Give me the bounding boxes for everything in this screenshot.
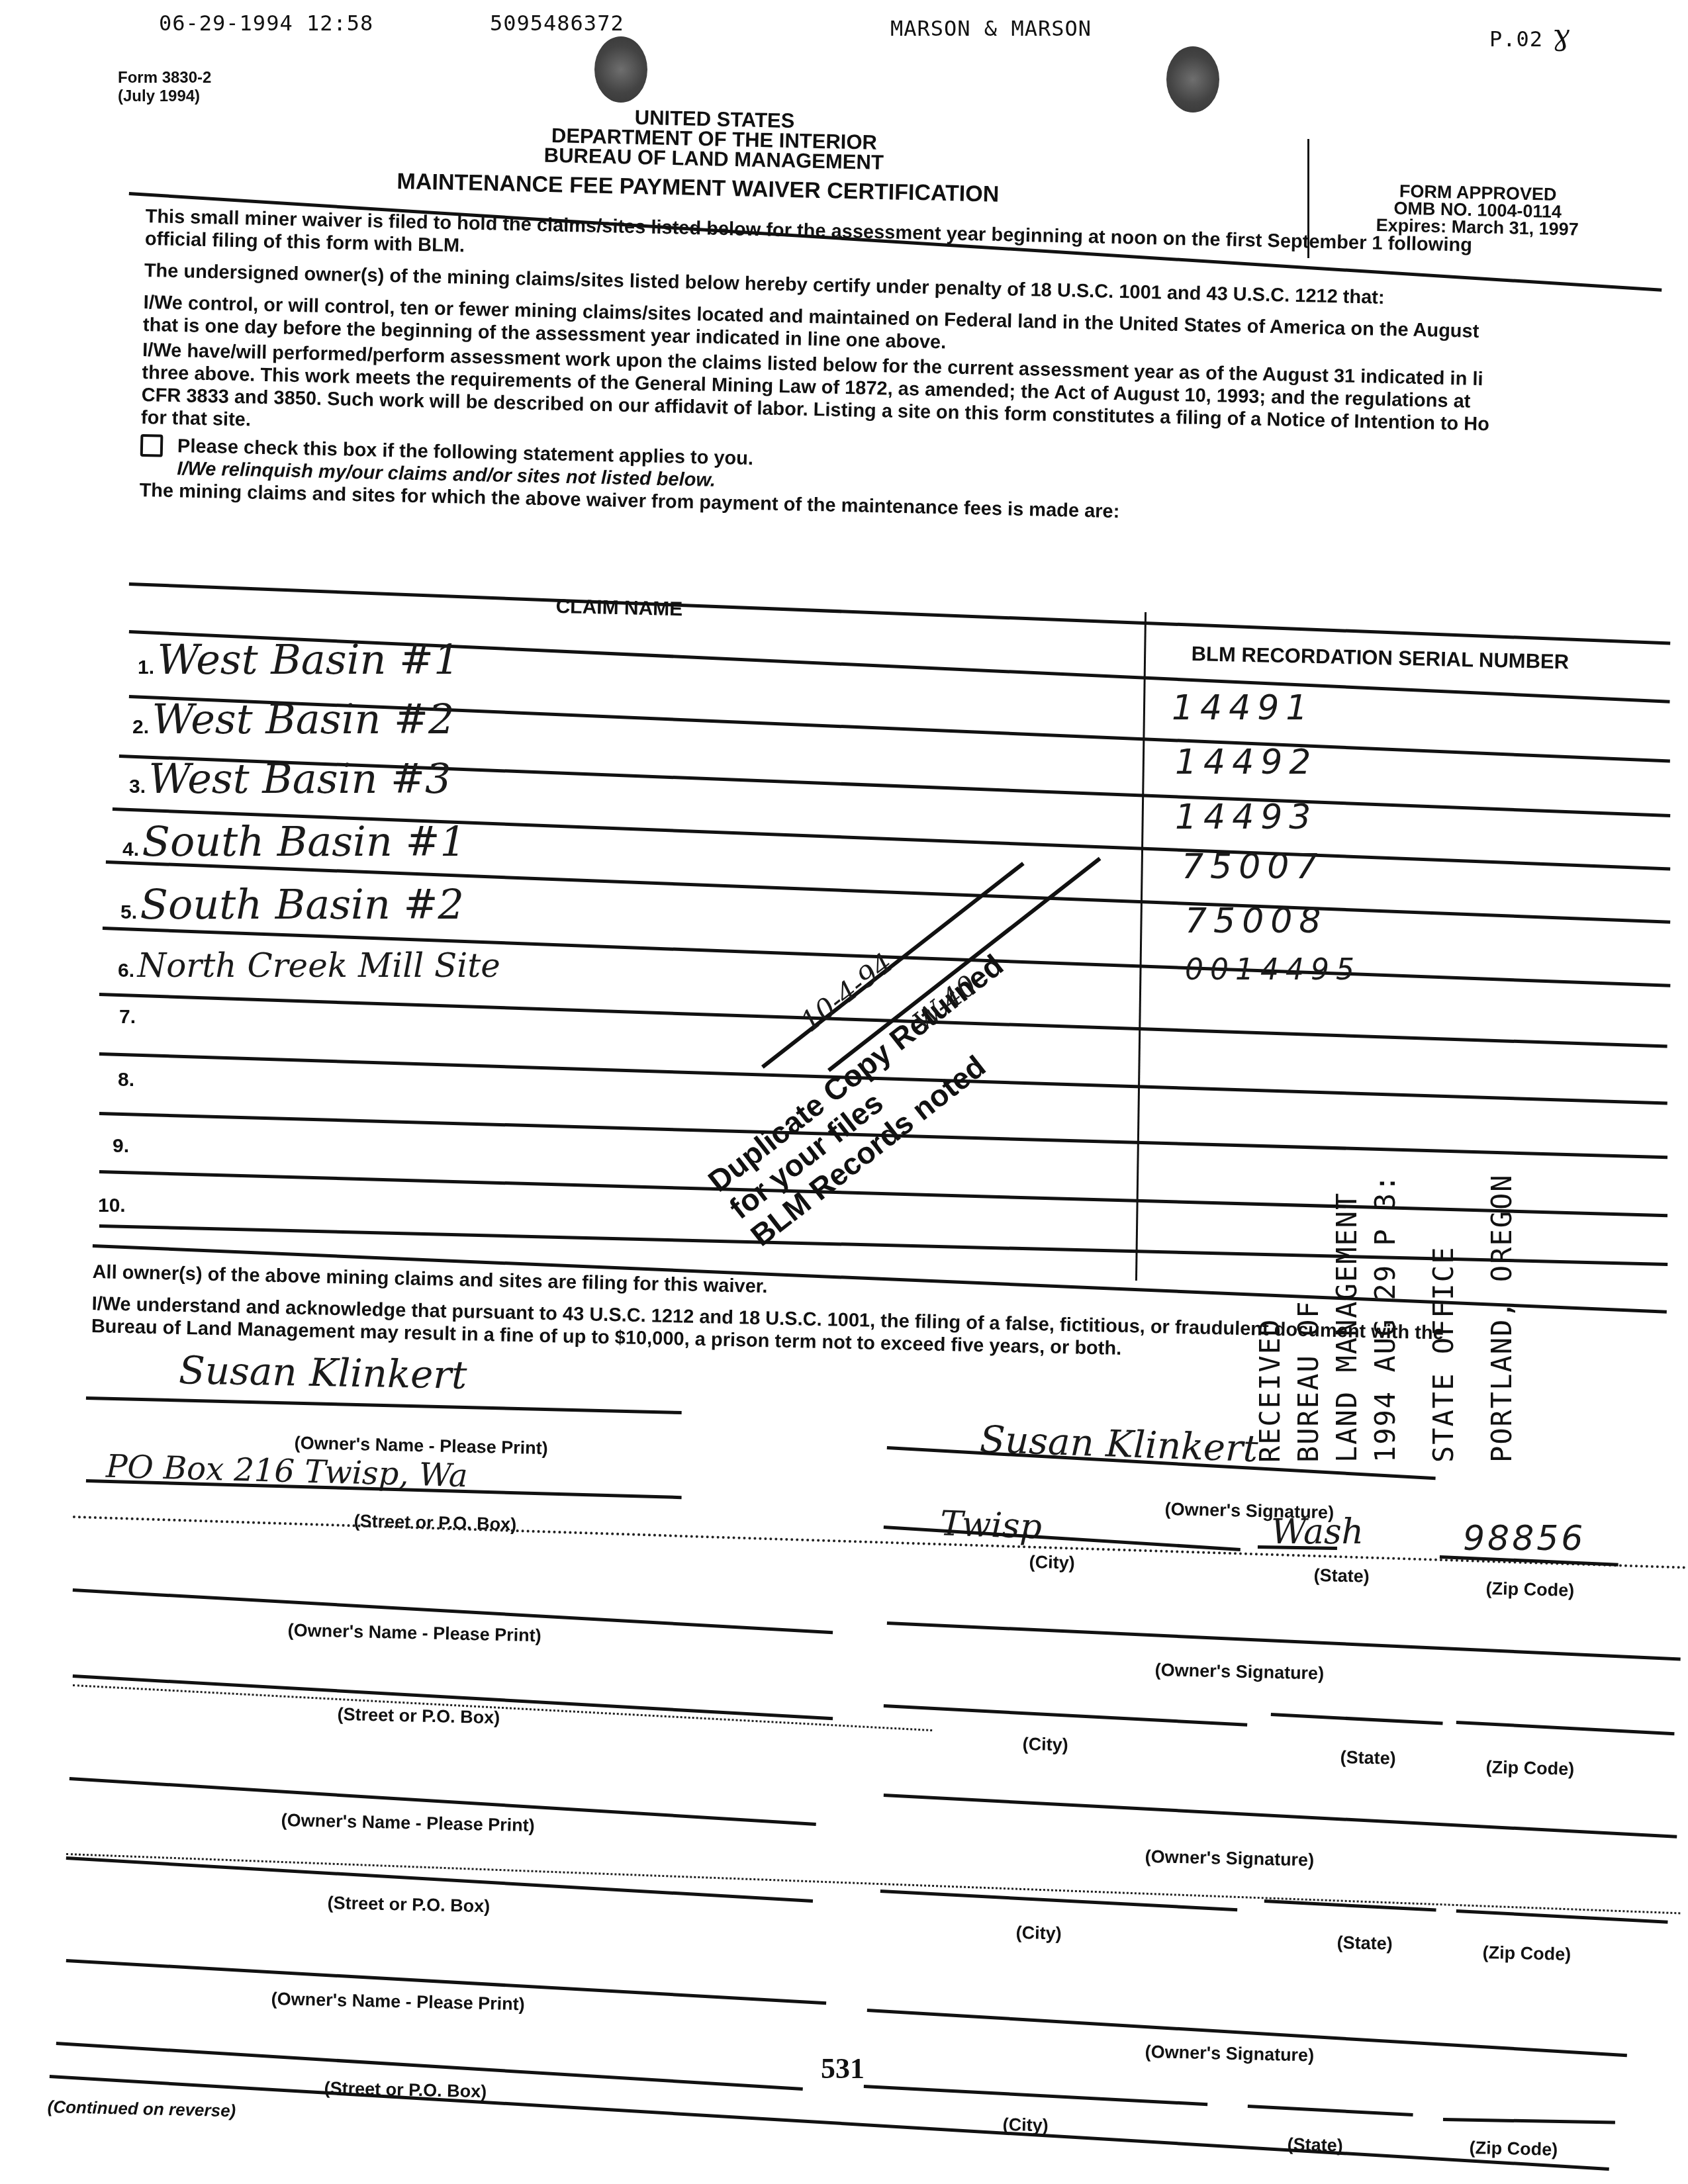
page-number: 531	[821, 2052, 865, 2085]
relinquish-checkbox[interactable]	[140, 434, 164, 457]
row-number: 6.	[118, 960, 134, 981]
signature-caption: (Owner's Signature)	[1154, 1660, 1324, 1684]
table-row: 6. North Creek Mill Site	[118, 946, 500, 985]
owner-1-zip: 98856	[1463, 1519, 1585, 1559]
form-edition: (July 1994)	[118, 87, 211, 106]
col-serial-number: BLM RECORDATION SERIAL NUMBER	[1191, 642, 1569, 674]
col-claim-name: CLAIM NAME	[555, 596, 682, 621]
state-line	[1271, 1713, 1443, 1725]
perforation-line	[73, 1516, 1687, 1569]
owner-1-city: Twisp	[939, 1504, 1043, 1547]
city-caption: (City)	[1015, 1923, 1062, 1944]
claim-name: North Creek Mill Site	[137, 946, 500, 985]
city-caption: (City)	[1029, 1552, 1075, 1573]
city-line	[884, 1704, 1248, 1727]
omb-approval: FORM APPROVED OMB NO. 1004-0114 Expires:…	[1376, 182, 1579, 238]
owner-name-caption: (Owner's Name - Please Print)	[271, 1989, 525, 2015]
city-caption: (City)	[1022, 1734, 1068, 1755]
claim-name: West Basin #2	[152, 695, 454, 743]
owner-1-signature[interactable]: Susan Klinkert	[979, 1418, 1259, 1471]
zip-caption: (Zip Code)	[1469, 2138, 1558, 2160]
row-number: 5.	[120, 901, 137, 923]
row-number: 7.	[119, 1006, 136, 1028]
serial-number: 75008	[1185, 901, 1327, 941]
fax-page: P.02	[1489, 26, 1543, 52]
city-line	[880, 1889, 1238, 1911]
state-caption: (State)	[1336, 1933, 1393, 1954]
zip-line	[1443, 2118, 1615, 2124]
signature-caption: (Owner's Signature)	[1145, 2042, 1314, 2066]
serial-number: 0014495	[1185, 953, 1361, 987]
hole-punch-seal-icon	[594, 36, 647, 103]
street-caption: (Street or P.O. Box)	[327, 1893, 490, 1917]
hole-punch-seal-icon	[1166, 46, 1219, 113]
table-row: 1. West Basin #1	[138, 635, 460, 684]
owner-1-name: Susan Klinkert	[178, 1347, 467, 1398]
form-id: Form 3830-2 (July 1994)	[118, 69, 211, 106]
row-number: 3.	[129, 776, 146, 797]
state-caption: (State)	[1313, 1565, 1370, 1587]
claim-name: West Basin #3	[148, 754, 451, 803]
signature-caption: (Owner's Signature)	[1145, 1846, 1314, 1871]
form-number: Form 3830-2	[118, 69, 211, 87]
serial-number: 75007	[1182, 847, 1324, 887]
zip-caption: (Zip Code)	[1482, 1942, 1571, 1965]
fax-sender: MARSON & MARSON	[890, 16, 1092, 41]
owner-name-caption: (Owner's Name - Please Print)	[287, 1620, 541, 1646]
perforation-line	[73, 1684, 932, 1731]
row-number: 1.	[138, 657, 154, 678]
row-number: 4.	[122, 839, 139, 860]
table-row: 2. West Basin #2	[132, 695, 455, 743]
signature-line	[884, 1794, 1677, 1839]
row-number: 8.	[118, 1069, 134, 1091]
claim-name: South Basin #1	[142, 817, 466, 866]
row-number: 10.	[98, 1195, 126, 1217]
form-title: MAINTENANCE FEE PAYMENT WAIVER CERTIFICA…	[397, 169, 999, 208]
row-number: 9.	[113, 1135, 129, 1158]
state-line	[1248, 2105, 1413, 2116]
table-row: 4. South Basin #1	[122, 817, 466, 866]
serial-number: 14493	[1175, 797, 1317, 837]
fax-phone: 5095486372	[490, 11, 624, 36]
city-caption: (City)	[1002, 2115, 1049, 2136]
claim-name: South Basin #2	[140, 880, 464, 929]
signature-line	[887, 1621, 1681, 1661]
city-line	[864, 2085, 1208, 2106]
owner-name-caption: (Owner's Name - Please Print)	[281, 1810, 535, 1836]
claim-name: West Basin #1	[157, 635, 459, 684]
zip-caption: (Zip Code)	[1485, 1578, 1574, 1601]
perforation-line	[66, 1853, 1680, 1914]
fax-datetime: 06-29-1994 12:58	[159, 11, 373, 36]
agency-header: UNITED STATES DEPARTMENT OF THE INTERIOR…	[489, 105, 940, 174]
received-line-6: PORTLAND, OREGON	[1483, 1145, 1521, 1463]
state-caption: (State)	[1340, 1747, 1396, 1769]
continued-note: (Continued on reverse)	[47, 2097, 236, 2121]
duplicate-copy-stamp: Duplicate Copy Returned for your files B…	[702, 948, 1052, 1253]
state-line	[1258, 1545, 1337, 1550]
instructions: This small miner waiver is filed to hold…	[139, 205, 1493, 531]
zip-line	[1456, 1721, 1675, 1735]
zip-caption: (Zip Code)	[1485, 1757, 1574, 1780]
state-caption: (State)	[1287, 2134, 1343, 2156]
serial-number: 14492	[1175, 743, 1317, 782]
handwritten-mark: ɣ	[1552, 19, 1570, 52]
serial-number: 14491	[1172, 688, 1314, 728]
street-caption: (Street or P.O. Box)	[337, 1704, 500, 1728]
table-row: 5. South Basin #2	[120, 880, 464, 929]
stamp-line-2: for your files	[723, 975, 1031, 1226]
owner-name-line	[86, 1396, 682, 1414]
table-row: 3. West Basin #3	[129, 754, 451, 803]
footer-rule	[50, 2075, 1609, 2171]
column-divider	[1135, 612, 1147, 1281]
row-number: 2.	[132, 716, 149, 738]
